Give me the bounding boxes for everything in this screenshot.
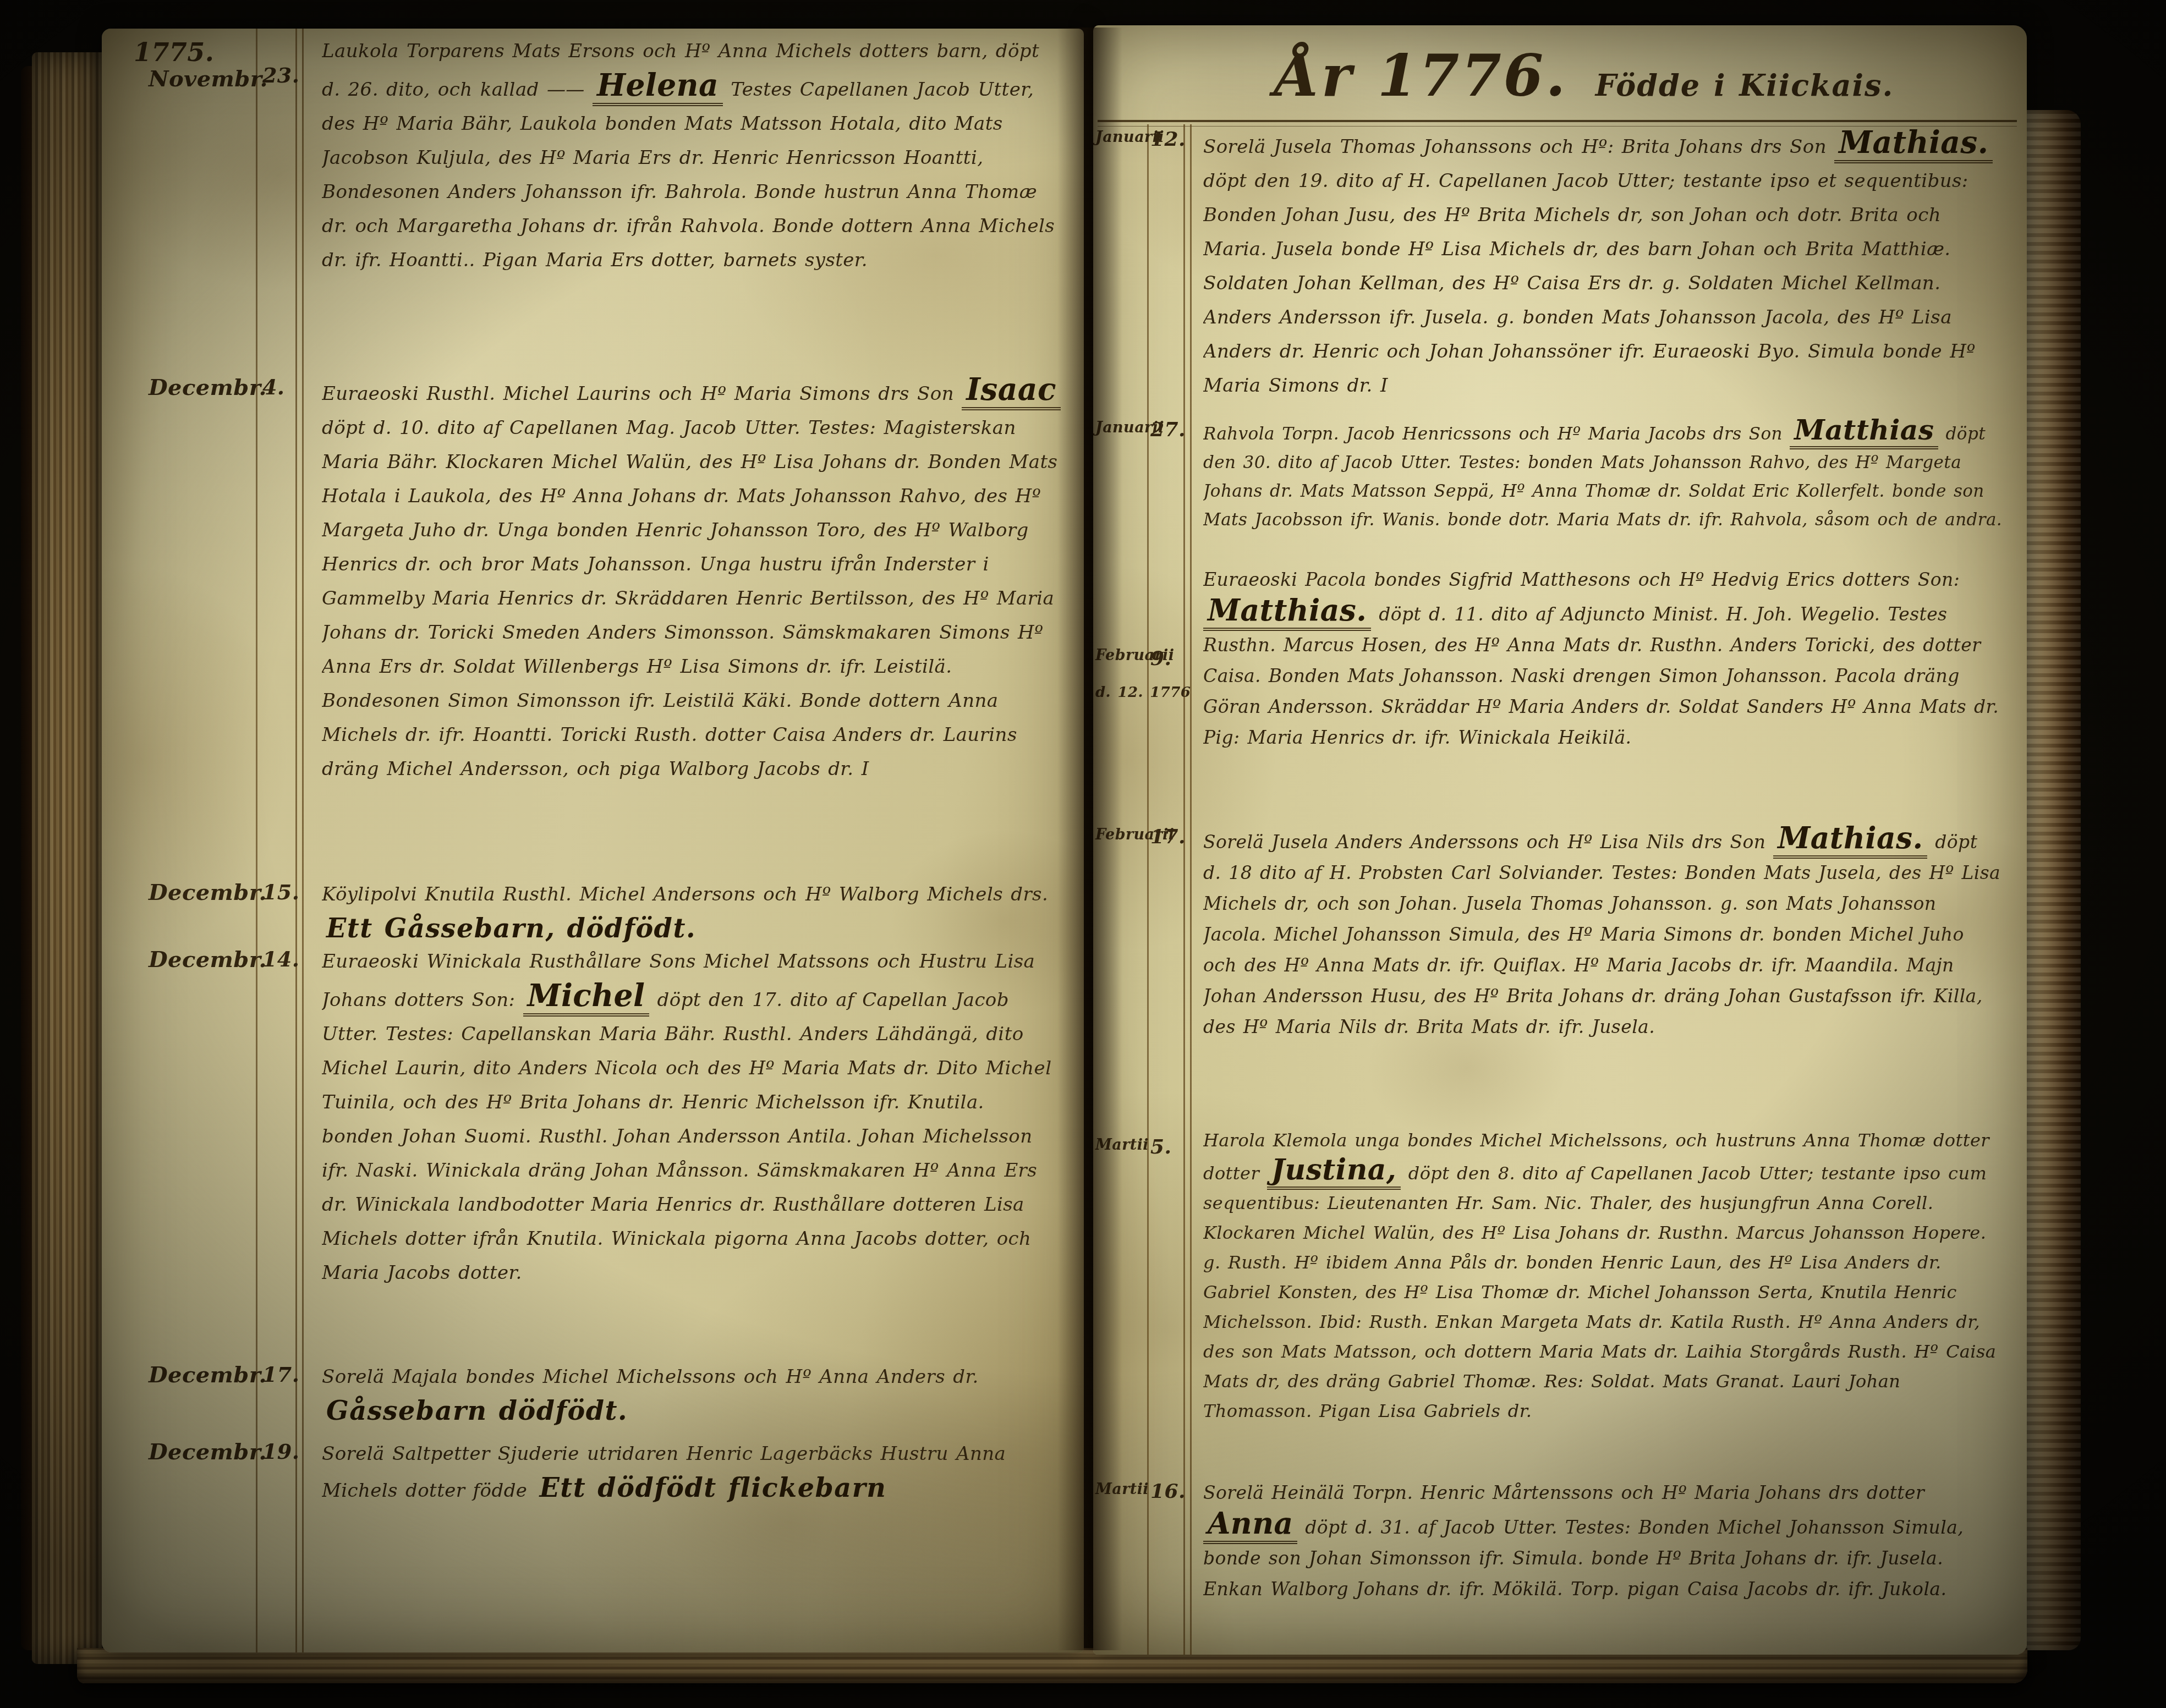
child-name: Mathias. (1834, 125, 1993, 163)
page-header: År 1776. Födde i Kiickais. (1275, 42, 1884, 109)
page-stack-right (2024, 110, 2081, 1650)
entry-text: Sorelä Saltpetter Sjuderie utridaren Hen… (322, 1437, 1062, 1508)
entry-month: Januarii (1095, 419, 1150, 436)
entry-text: Sorelä Jusela Anders Anderssons och Hº L… (1203, 823, 2003, 1042)
left-page: 1775. Novembr. 23. Laukola Torparens Mat… (102, 29, 1084, 1652)
entry-month: Decembr. (149, 947, 259, 973)
child-name: Michel (523, 977, 650, 1017)
right-page: År 1776. Födde i Kiickais. Januarii 12. … (1093, 25, 2027, 1655)
child-name: Isaac (962, 372, 1061, 410)
entry-text-rest: döpt d. 18 dito af H. Probsten Carl Solv… (1203, 831, 2000, 1037)
entry-day: 9. (1150, 647, 1183, 670)
stillborn-note: Ett dödfödt flickebarn (535, 1473, 891, 1503)
entry-text: Euraeoski Winickala Rusthållare Sons Mic… (322, 944, 1062, 1290)
entry-text-intro: Köylipolvi Knutila Rusthl. Michel Anders… (322, 883, 1048, 905)
child-name: Matthias (1790, 416, 1938, 449)
record-entry: Decembr. 17. Sorelä Majala bondes Michel… (102, 1360, 1084, 1431)
entry-month: Februarii (1095, 647, 1150, 664)
photo-stage: 1775. Novembr. 23. Laukola Torparens Mat… (0, 0, 2166, 1708)
margin-note: d. 12. 1776 (1095, 684, 1191, 701)
record-entry: Decembr. 15. Köylipolvi Knutila Rusthl. … (102, 877, 1084, 942)
entry-text: Laukola Torparens Mats Ersons och Hº Ann… (322, 34, 1062, 277)
record-entry: Decembr. 14. Euraeoski Winickala Rusthål… (102, 944, 1084, 1290)
entry-month: Decembr. (149, 375, 259, 400)
record-entry: Martii 16. Sorelä Heinälä Torpn. Henric … (1093, 1478, 2027, 1605)
child-name: Helena (593, 67, 723, 106)
record-entry: Januarii 12. Sorelä Jusela Thomas Johans… (1093, 125, 2027, 403)
record-entry: Februarii 17. Sorelä Jusela Anders Ander… (1093, 823, 2027, 1042)
entry-day: 15. (262, 880, 302, 904)
entry-text-intro: Sorelä Heinälä Torpn. Henric Mårtenssons… (1203, 1482, 1924, 1503)
child-name: Justina, (1267, 1153, 1401, 1190)
entry-text-rest: döpt d. 31. af Jacob Utter. Testes: Bond… (1203, 1517, 1964, 1600)
entry-day: 4. (262, 375, 302, 399)
record-entry: Martii 5. Harola Klemola unga bondes Mic… (1093, 1125, 2027, 1426)
header-title: Födde i Kiickais. (1595, 68, 1894, 103)
entry-text: Sorelä Heinälä Torpn. Henric Mårtenssons… (1203, 1478, 2003, 1605)
record-entry: Februarii 9. d. 12. 1776 Euraeoski Pacol… (1093, 564, 2027, 753)
entry-month: Januarii (1095, 129, 1150, 146)
child-name: Mathias. (1773, 823, 1927, 859)
entry-month: Decembr. (149, 880, 259, 905)
entry-text-intro: Sorelä Jusela Anders Anderssons och Hº L… (1203, 831, 1765, 853)
record-entry: Decembr. 19. Sorelä Saltpetter Sjuderie … (102, 1437, 1084, 1508)
entry-day: 12. (1150, 128, 1183, 151)
entry-text-rest: döpt den 8. dito af Capellanen Jacob Utt… (1203, 1163, 1996, 1421)
entry-day: 14. (262, 947, 302, 971)
record-entry: Novembr. 23. Laukola Torparens Mats Erso… (102, 34, 1084, 277)
entry-month: Decembr. (149, 1439, 259, 1465)
entry-text: Sorelä Jusela Thomas Johanssons och Hº: … (1203, 125, 2003, 403)
entry-month: Decembr. (149, 1362, 259, 1388)
entry-month: Februarii (1095, 826, 1150, 843)
entry-text: Euraeoski Pacola bondes Sigfrid Mattheso… (1203, 564, 2003, 753)
entry-text: Köylipolvi Knutila Rusthl. Michel Anders… (322, 877, 1062, 942)
entry-text: Rahvola Torpn. Jacob Henricssons och Hº … (1203, 416, 2003, 534)
entry-day: 23. (262, 63, 302, 87)
entry-day: 27. (1150, 418, 1183, 441)
entry-text-rest: döpt d. 10. dito af Capellanen Mag. Jaco… (322, 417, 1057, 780)
stillborn-note: Ett Gåssebarn, dödfödt. (322, 913, 700, 942)
header-year: År 1776. (1275, 42, 1567, 109)
child-name: Anna (1203, 1506, 1297, 1544)
entry-text: Harola Klemola unga bondes Michel Michel… (1203, 1125, 2003, 1426)
entry-month: Novembr. (149, 66, 259, 92)
child-name: Matthias. (1203, 593, 1371, 631)
entry-day: 17. (262, 1362, 302, 1387)
entry-text-intro: Euraeoski Rusthl. Michel Laurins och Hº … (322, 383, 954, 405)
entry-text-rest: döpt den 19. dito af H. Capellanen Jacob… (1203, 170, 1976, 397)
entry-day: 16. (1150, 1480, 1183, 1503)
entry-text-rest: döpt den 17. dito af Capellan Jacob Utte… (322, 989, 1051, 1284)
entry-text-intro: Sorelä Majala bondes Michel Michelssons … (322, 1366, 979, 1388)
entry-day: 17. (1150, 825, 1183, 848)
entry-text-intro: Rahvola Torpn. Jacob Henricssons och Hº … (1203, 424, 1783, 444)
entry-day: 5. (1150, 1135, 1183, 1158)
page-stack-left (32, 52, 102, 1664)
record-entry: Januarii 27. Rahvola Torpn. Jacob Henric… (1093, 416, 2027, 534)
entry-text-intro: Euraeoski Pacola bondes Sigfrid Mattheso… (1203, 569, 1960, 590)
entry-text-rest: Testes Capellanen Jacob Utter, des Hº Ma… (322, 79, 1055, 271)
record-entry: Decembr. 4. Euraeoski Rusthl. Michel Lau… (102, 372, 1084, 786)
entry-day: 19. (262, 1439, 302, 1464)
entry-month: Martii (1095, 1136, 1150, 1154)
entry-month: Martii (1095, 1481, 1150, 1498)
entry-text: Sorelä Majala bondes Michel Michelssons … (322, 1360, 1062, 1431)
stillborn-note: Gåssebarn dödfödt. (322, 1396, 632, 1426)
entry-text: Euraeoski Rusthl. Michel Laurins och Hº … (322, 372, 1062, 786)
entry-text-intro: Sorelä Jusela Thomas Johanssons och Hº: … (1203, 136, 1827, 158)
